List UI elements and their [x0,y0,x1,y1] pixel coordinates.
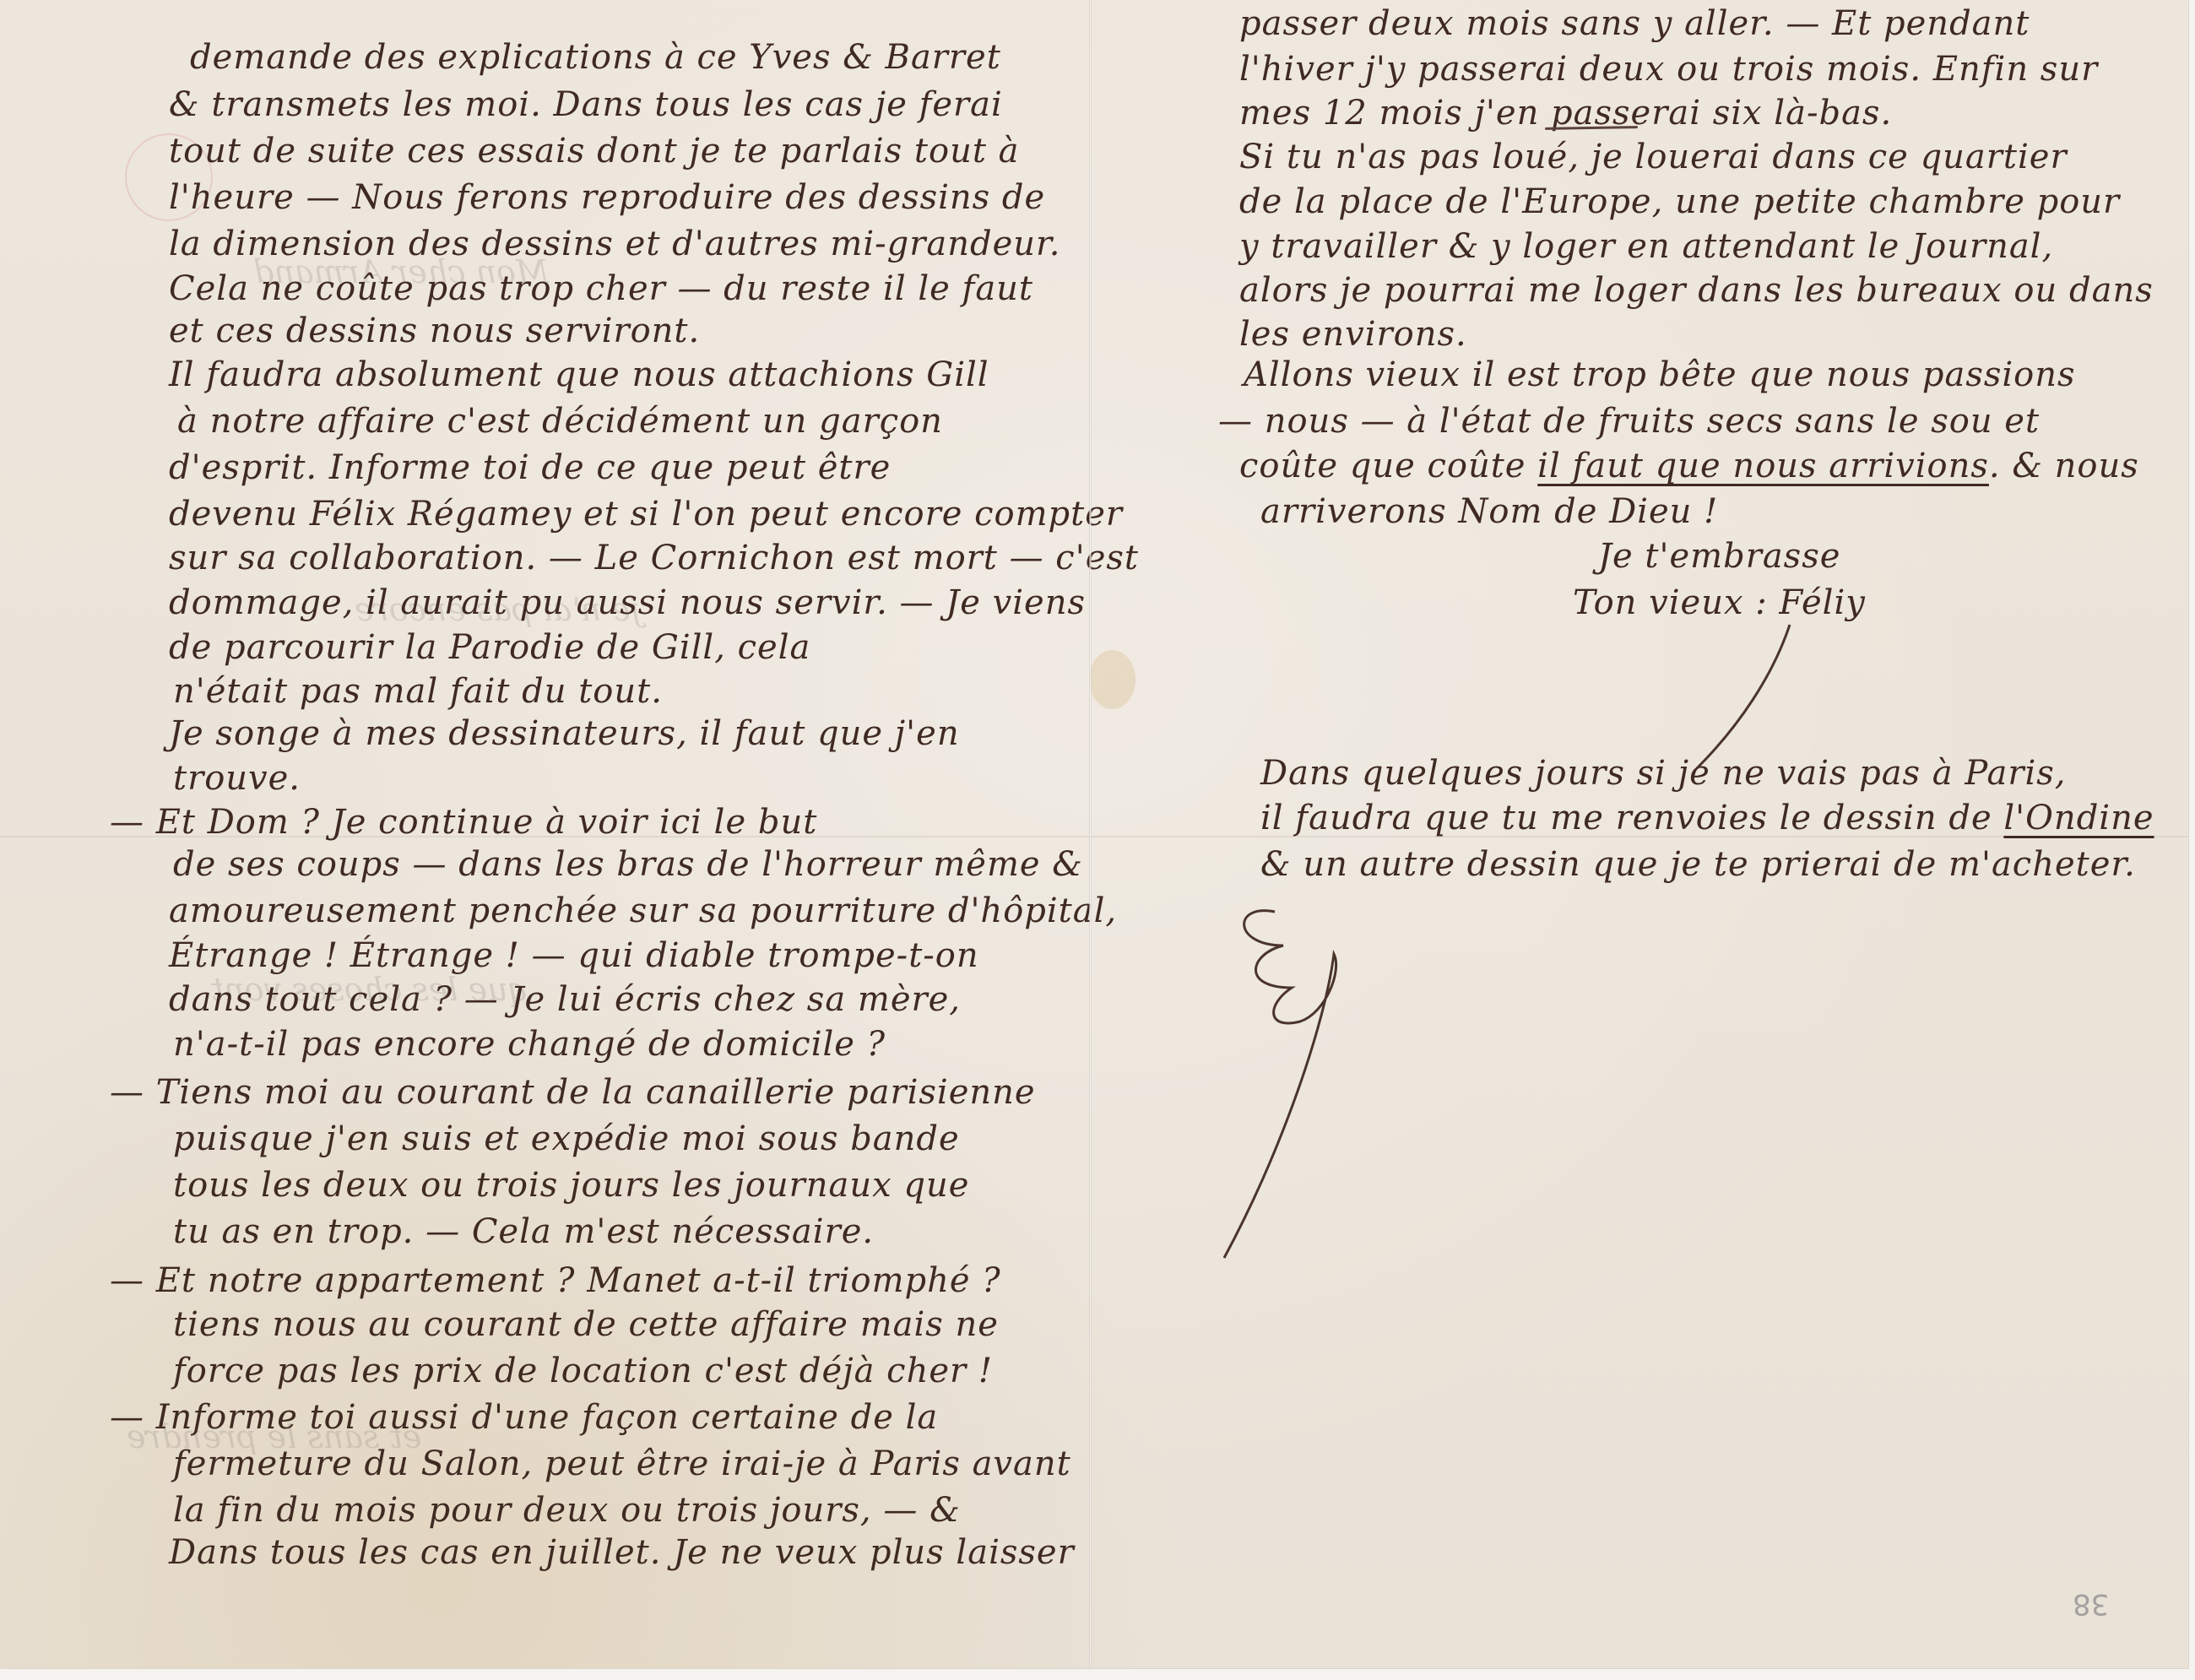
handwritten-line: & transmets les moi. Dans tous les cas j… [169,84,1003,125]
handwritten-line: amoureusement penchée sur sa pourriture … [169,891,1117,931]
handwritten-line: Il faudra absolument que nous attachions… [169,355,989,395]
handwritten-line: force pas les prix de location c'est déj… [173,1351,993,1391]
handwritten-line: il faudra que tu me renvoies le dessin d… [1260,798,2154,838]
paraph-icon [1216,895,1435,1266]
handwritten-line: les environs. [1239,314,1467,355]
handwritten-line: tiens nous au courant de cette affaire m… [173,1304,999,1345]
right-page: passer deux mois sans y aller. — Et pend… [1092,0,2188,1668]
handwritten-line: à notre affaire c'est décidément un garç… [177,401,943,442]
letter-sheet: Mon cher Armand je n'ai pas encore que l… [0,0,2188,1668]
handwritten-line: Je t'embrasse [1598,536,1840,577]
handwritten-line: n'a-t-il pas encore changé de domicile ? [173,1024,886,1065]
handwritten-line: — Tiens moi au courant de la canaillerie… [110,1072,1036,1113]
handwritten-line: n'était pas mal fait du tout. [173,671,663,712]
handwritten-line: y travailler & y loger en attendant le J… [1239,226,2053,267]
handwritten-line: tout de suite ces essais dont je te parl… [169,131,1019,171]
handwritten-line: demande des explications à ce Yves & Bar… [190,37,1001,78]
underlined-phrase: il faut que nous arrivions [1537,447,1989,485]
handwritten-line: puisque j'en suis et expédie moi sous ba… [173,1119,960,1159]
handwritten-line: de la place de l'Europe, une petite cham… [1239,182,2120,222]
handwritten-line: — Et notre appartement ? Manet a-t-il tr… [110,1260,1001,1301]
handwritten-line: l'hiver j'y passerai deux ou trois mois.… [1239,49,2098,89]
handwritten-line: trouve. [173,758,301,799]
handwritten-line: Je songe à mes dessinateurs, il faut que… [169,713,960,754]
handwritten-line: dommage, il aurait pu aussi nous servir.… [169,583,1086,623]
handwritten-line: de parcourir la Parodie de Gill, cela [169,627,810,668]
handwritten-line: Dans quelques jours si je ne vais pas à … [1260,753,2066,794]
handwritten-line: et ces dessins nous serviront. [169,311,700,351]
handwritten-line: arriverons Nom de Dieu ! [1260,491,1718,532]
handwritten-line: alors je pourrai me loger dans les burea… [1239,270,2154,311]
handwritten-line: la fin du mois pour deux ou trois jours,… [173,1490,961,1531]
handwritten-line: tous les deux ou trois jours les journau… [173,1165,969,1206]
handwritten-line: d'esprit. Informe toi de ce que peut êtr… [169,447,891,488]
handwritten-line: passer deux mois sans y aller. — Et pend… [1239,3,2030,44]
handwritten-line: Dans tous les cas en juillet. Je ne veux… [169,1532,1075,1573]
handwritten-line: coûte que coûte il faut que nous arrivio… [1239,446,2139,486]
handwritten-line: — Informe toi aussi d'une façon certaine… [110,1397,938,1438]
folio-number: 38 [2073,1587,2109,1621]
handwritten-line: — Et Dom ? Je continue à voir ici le but [110,802,817,843]
handwritten-line: Allons vieux il est trop bête que nous p… [1244,355,2076,395]
handwritten-line: fermeture du Salon, peut être irai-je à … [173,1444,1071,1484]
handwritten-line: Cela ne coûte pas trop cher — du reste i… [169,268,1033,309]
handwritten-line: l'heure — Nous ferons reproduire des des… [169,177,1045,218]
handwritten-line: Étrange ! Étrange ! — qui diable trompe-… [169,935,979,976]
handwritten-line: de ses coups — dans les bras de l'horreu… [173,844,1083,885]
handwritten-line: Si tu n'as pas loué, je louerai dans ce … [1239,137,2068,177]
handwritten-line: tu as en trop. — Cela m'est nécessaire. [173,1211,874,1252]
signature-flourish-icon [1672,616,1857,785]
handwritten-line: devenu Félix Régamey et si l'on peut enc… [169,494,1123,534]
left-page: demande des explications à ce Yves & Bar… [0,0,1089,1668]
handwritten-line: — nous — à l'état de fruits secs sans le… [1218,401,2040,442]
handwritten-line: sur sa collaboration. — Le Cornichon est… [169,538,1139,578]
handwritten-line: la dimension des dessins et d'autres mi-… [169,224,1060,264]
handwritten-line: & un autre dessin que je te prierai de m… [1260,844,2136,885]
handwritten-line: dans tout cela ? — Je lui écris chez sa … [169,979,961,1020]
underlined-phrase: l'Ondine [2003,799,2154,837]
